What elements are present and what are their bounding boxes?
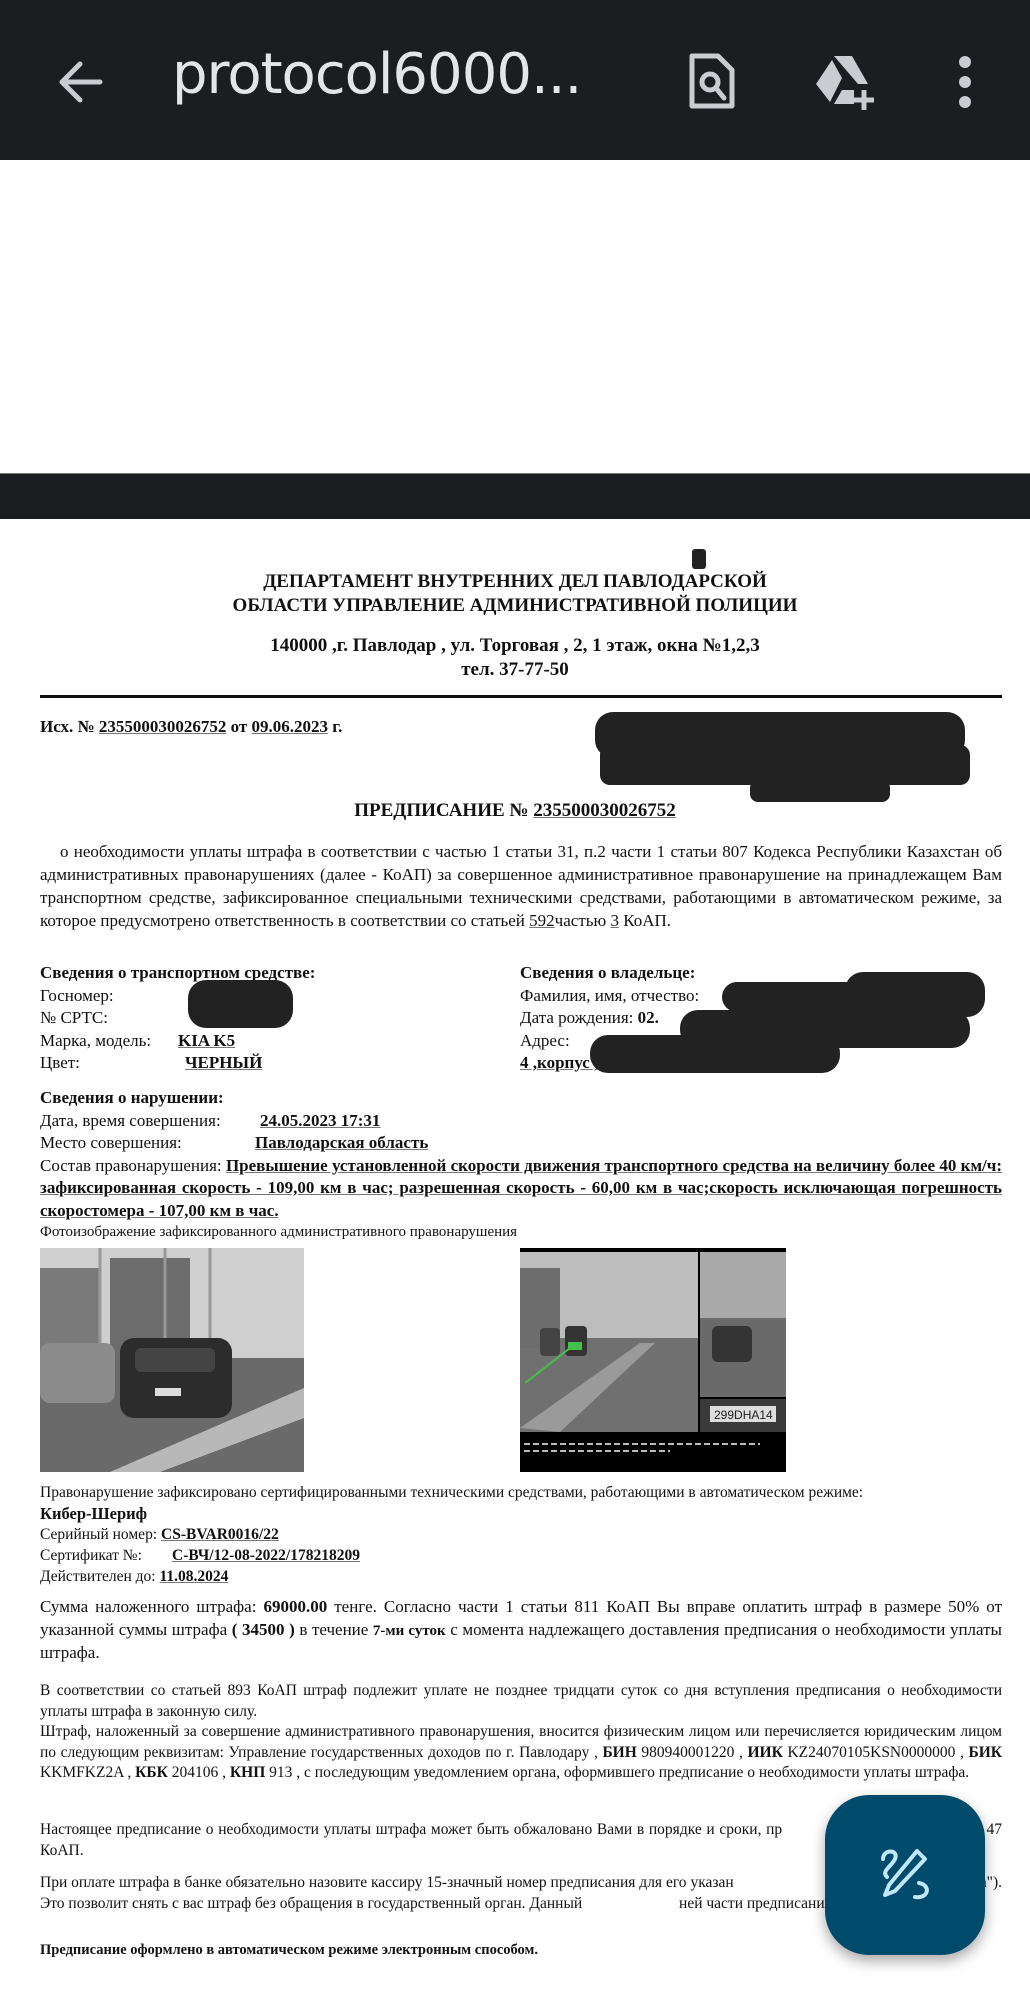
- more-vert-icon[interactable]: [940, 50, 990, 114]
- payment-requisites: Штраф, наложенный за совершение админист…: [40, 1722, 1002, 1784]
- fine-text-3: в течение: [299, 1620, 373, 1639]
- knp-value: 913 , с последующим уведомлением органа,…: [265, 1764, 969, 1781]
- ref-date: 09.06.2023: [252, 717, 329, 736]
- violation-heading: Сведения о нарушении:: [40, 1087, 1002, 1110]
- violation-place: Павлодарская область: [255, 1133, 428, 1152]
- valid-value: 11.08.2024: [159, 1568, 228, 1585]
- knp-label: КНП: [230, 1764, 265, 1781]
- serial-value: CS-BVAR0016/22: [161, 1526, 279, 1543]
- ref-number: 235500030026752: [99, 717, 227, 736]
- fine-half-amount: ( 34500 ): [232, 1620, 300, 1639]
- intro-part-word: частью: [555, 911, 611, 930]
- title-label: ПРЕДПИСАНИЕ №: [354, 800, 528, 821]
- org-address-block: 140000 ,г. Павлодар , ул. Торговая , 2, …: [0, 634, 1030, 682]
- color-label: Цвет:: [40, 1052, 185, 1075]
- owner-address-partial: 4 ,корпус ,: [520, 1052, 598, 1075]
- bik-label: БИК: [968, 1744, 1002, 1761]
- violation-photo-2: 299DHA14: [520, 1248, 786, 1472]
- iik-value: KZ24070105KSN0000000 ,: [783, 1744, 969, 1761]
- previous-page-blank-area: [0, 160, 1030, 473]
- owner-birth-label: Дата рождения:: [520, 1007, 633, 1030]
- intro-article: 592: [529, 911, 555, 930]
- violation-desc-label: Состав правонарушения:: [40, 1156, 222, 1175]
- iik-label: ИИК: [748, 1744, 783, 1761]
- intro-tail: КоАП.: [619, 911, 671, 930]
- app-toolbar: protocol6000...: [0, 0, 1030, 160]
- ref-prefix: Исх. №: [40, 717, 95, 736]
- color-value: ЧЕРНЫЙ: [185, 1052, 262, 1075]
- cert-value: С-ВЧ/12-08-2022/178218209: [172, 1547, 360, 1564]
- kbk-value: 204106 ,: [168, 1764, 230, 1781]
- violation-info: Сведения о нарушении: Дата, время соверш…: [40, 1087, 1002, 1222]
- owner-address-label: Адрес:: [520, 1030, 570, 1053]
- title-number: 235500030026752: [533, 800, 676, 821]
- photo-caption: Фотоизображение зафиксированного админис…: [40, 1224, 517, 1241]
- model-value: KIA K5: [178, 1030, 235, 1053]
- violation-datetime: 24.05.2023 17:31: [260, 1111, 380, 1130]
- arrow-back-icon[interactable]: [50, 52, 110, 112]
- redacted-owner: [590, 1035, 840, 1073]
- bik-value: KKMFKZ2A ,: [40, 1764, 135, 1781]
- edit-fab-button[interactable]: [825, 1795, 985, 1955]
- srts-label: № СРТС:: [40, 1007, 183, 1030]
- kbk-label: КБК: [135, 1764, 168, 1781]
- outgoing-reference: Исх. № 235500030026752 от 09.06.2023 г.: [40, 717, 342, 737]
- redacted-recipient: [600, 745, 970, 785]
- bin-value: 980940001220 ,: [637, 1744, 748, 1761]
- violation-place-label: Место совершения:: [40, 1132, 255, 1155]
- redacted-plate-srts: [188, 980, 293, 1028]
- edit-pen-icon: [875, 1845, 935, 1905]
- redaction-mark: [692, 549, 706, 569]
- add-to-drive-icon[interactable]: [812, 50, 876, 114]
- payment-terms: В соответствии со статьей 893 КоАП штраф…: [40, 1681, 1002, 1784]
- device-name: Кибер-Шериф: [40, 1503, 1002, 1524]
- intro-part: 3: [610, 911, 619, 930]
- plate-text: 299DHA14: [714, 1408, 773, 1422]
- fine-paragraph: Сумма наложенного штрафа: 69000.00 тенге…: [40, 1596, 1002, 1665]
- serial-label: Серийный номер:: [40, 1526, 157, 1543]
- violation-photo-1: [40, 1248, 304, 1472]
- plate-label: Госномер:: [40, 985, 183, 1008]
- org-header: ДЕПАРТАМЕНТ ВНУТРЕННИХ ДЕЛ ПАВЛОДАРСКОЙ …: [0, 570, 1030, 618]
- org-phone: тел. 37-77-50: [0, 658, 1030, 682]
- org-line-2: ОБЛАСТИ УПРАВЛЕНИЕ АДМИНИСТРАТИВНОЙ ПОЛИ…: [0, 594, 1030, 618]
- ref-suffix: г.: [332, 717, 342, 736]
- intro-paragraph: о необходимости уплаты штрафа в соответс…: [40, 840, 1002, 932]
- org-address: 140000 ,г. Павлодар , ул. Торговая , 2, …: [0, 634, 1030, 658]
- device-intro: Правонарушение зафиксировано сертифициро…: [40, 1482, 1002, 1503]
- valid-label: Действителен до:: [40, 1568, 156, 1585]
- cert-label: Сертификат №:: [40, 1545, 172, 1566]
- owner-birth-partial: 02.: [638, 1007, 659, 1030]
- fine-period: 7-ми суток: [373, 1623, 446, 1639]
- prescription-title: ПРЕДПИСАНИЕ № 235500030026752: [0, 800, 1030, 822]
- page-separator: [0, 473, 1030, 521]
- owner-name-label: Фамилия, имя, отчество:: [520, 985, 699, 1008]
- find-in-document-icon[interactable]: [680, 50, 744, 114]
- bin-label: БИН: [602, 1744, 636, 1761]
- header-rule: [40, 695, 1002, 698]
- document-title: protocol6000...: [172, 42, 581, 107]
- intro-text: о необходимости уплаты штрафа в соответс…: [40, 842, 1002, 930]
- org-line-1: ДЕПАРТАМЕНТ ВНУТРЕННИХ ДЕЛ ПАВЛОДАРСКОЙ: [0, 570, 1030, 594]
- fine-text-1: Сумма наложенного штрафа:: [40, 1597, 263, 1616]
- ref-from: от: [231, 717, 248, 736]
- fine-amount: 69000.00: [263, 1597, 327, 1616]
- payment-deadline: В соответствии со статьей 893 КоАП штраф…: [40, 1681, 1002, 1722]
- model-label: Марка, модель:: [40, 1030, 178, 1053]
- device-info: Правонарушение зафиксировано сертифициро…: [40, 1482, 1002, 1587]
- violation-datetime-label: Дата, время совершения:: [40, 1110, 260, 1133]
- redacted-recipient: [750, 780, 890, 802]
